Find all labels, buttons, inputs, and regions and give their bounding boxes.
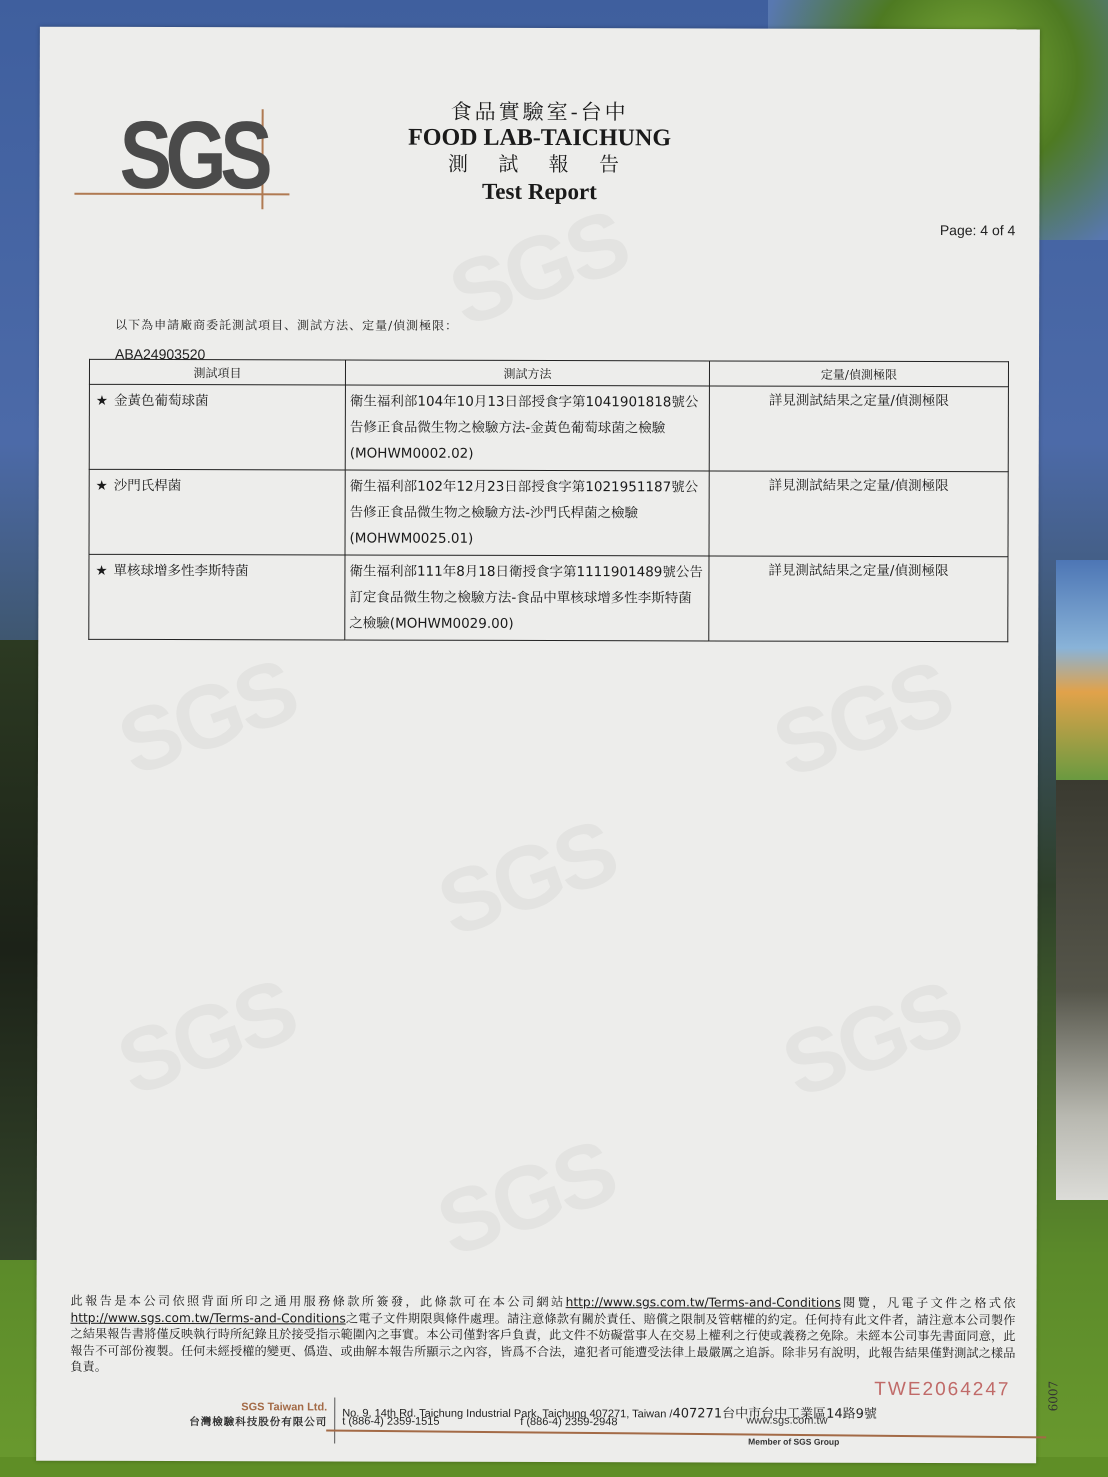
watermark-logo: SGS <box>425 801 627 958</box>
test-item-cell: ★單核球增多性李斯特菌 <box>89 554 345 640</box>
column-header-limit: 定量/偵測極限 <box>709 361 1008 387</box>
logo-horizontal-rule <box>74 193 289 196</box>
column-header-method: 測試方法 <box>345 360 709 386</box>
lab-name-zh: 食品實驗室-台中 <box>340 97 740 126</box>
detection-limit-cell: 詳見測試結果之定量/偵測極限 <box>709 471 1008 557</box>
intro-text: 以下為申請廠商委託測試項目、測試方法、定量/偵測極限： <box>115 316 458 334</box>
page-number: Page: 4 of 4 <box>940 222 1016 238</box>
company-name-zh: 台灣檢驗科技股份有限公司 <box>162 1415 327 1430</box>
terms-link[interactable]: http://www.sgs.com.tw/Terms-and-Conditio… <box>70 1310 345 1325</box>
watermark-logo: SGS <box>770 962 972 1119</box>
sgs-logo: SGS <box>114 109 324 220</box>
disclaimer-text: 閱覽，凡電子文件之格式依 <box>841 1296 1016 1310</box>
test-item-cell: ★金黃色葡萄球菌 <box>89 384 345 470</box>
watermark-logo: SGS <box>105 960 307 1117</box>
footer-company: SGS Taiwan Ltd. 台灣檢驗科技股份有限公司 <box>162 1400 327 1430</box>
watermark-logo: SGS <box>425 1121 627 1278</box>
test-items-table: 測試項目 測試方法 定量/偵測極限 ★金黃色葡萄球菌 衛生福利部104年10月1… <box>88 359 1009 642</box>
watermark-logo: SGS <box>437 191 639 348</box>
disclaimer-text: 此報告是本公司依照背面所印之通用服務條款所簽發，此條款可在本公司網站 <box>71 1294 566 1309</box>
serial-number: TWE2064247 <box>874 1379 1010 1401</box>
report-title-zh: 測 試 報 告 <box>339 149 739 178</box>
footer-phone: t (886-4) 2359-1515 <box>342 1415 439 1427</box>
star-icon: ★ <box>95 563 107 579</box>
test-item-name: 金黃色葡萄球菌 <box>114 393 209 409</box>
footer-divider-horizontal <box>326 1429 1046 1437</box>
watermark-logo: SGS <box>761 642 963 799</box>
star-icon: ★ <box>96 393 108 409</box>
test-method-cell: 衛生福利部102年12月23日部授食字第1021951187號公告修正食品微生物… <box>345 470 709 556</box>
column-header-item: 測試項目 <box>89 359 345 385</box>
report-page: SGS SGS SGS SGS SGS SGS SGS SGS 食品實驗室-台中… <box>36 27 1040 1464</box>
detection-limit-cell: 詳見測試結果之定量/偵測極限 <box>709 556 1008 642</box>
terms-link[interactable]: http://www.sgs.com.tw/Terms-and-Conditio… <box>566 1295 841 1310</box>
terms-disclaimer: 此報告是本公司依照背面所印之通用服務條款所簽發，此條款可在本公司網站http:/… <box>70 1293 1015 1378</box>
detection-limit-cell: 詳見測試結果之定量/偵測極限 <box>709 386 1008 472</box>
test-method-cell: 衛生福利部111年8月18日衛授食字第1111901489號公告訂定食品微生物之… <box>345 555 709 641</box>
test-item-cell: ★沙門氏桿菌 <box>89 469 345 555</box>
table-header-row: 測試項目 測試方法 定量/偵測極限 <box>89 359 1008 386</box>
test-item-name: 沙門氏桿菌 <box>114 478 182 494</box>
table-row: ★單核球增多性李斯特菌 衛生福利部111年8月18日衛授食字第111190148… <box>89 554 1008 641</box>
company-name-en: SGS Taiwan Ltd. <box>162 1400 327 1415</box>
star-icon: ★ <box>96 478 108 494</box>
footer-fax: f (886-4) 2359-2948 <box>520 1416 617 1428</box>
report-header: 食品實驗室-台中 FOOD LAB-TAICHUNG 測 試 報 告 Test … <box>339 97 739 206</box>
lab-name-en: FOOD LAB-TAICHUNG <box>340 125 740 150</box>
test-method-cell: 衛生福利部104年10月13日部授食字第1041901818號公告修正食品微生物… <box>345 385 709 471</box>
footer-member: Member of SGS Group <box>748 1437 839 1447</box>
watermark-logo: SGS <box>106 640 308 797</box>
test-item-name: 單核球增多性李斯特菌 <box>114 563 249 579</box>
report-title-en: Test Report <box>339 177 739 206</box>
table-row: ★沙門氏桿菌 衛生福利部102年12月23日部授食字第1021951187號公告… <box>89 469 1008 556</box>
background-photo-mural <box>1056 560 1108 780</box>
background-photo-wall <box>1056 780 1108 1200</box>
table-row: ★金黃色葡萄球菌 衛生福利部104年10月13日部授食字第1041901818號… <box>89 384 1008 471</box>
footer-divider-vertical <box>334 1397 335 1443</box>
side-number: 6007 <box>1046 1381 1060 1412</box>
footer-website: www.sgs.com.tw <box>746 1415 827 1427</box>
